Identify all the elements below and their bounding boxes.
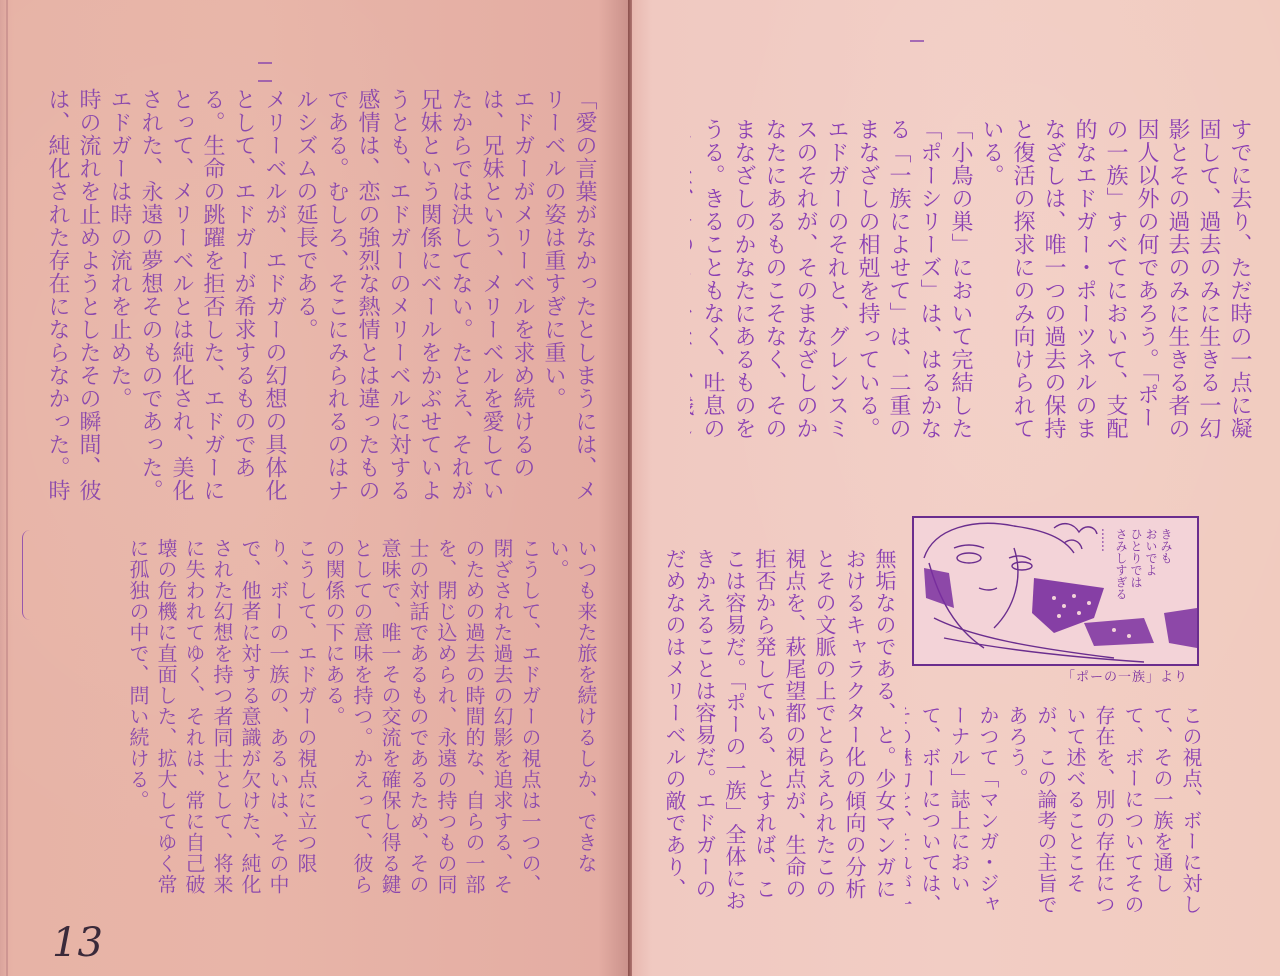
manga-illustration-panel: きみも おいでよ ひとりでは さみしすぎる …… bbox=[912, 516, 1199, 666]
left-page: 「愛の言葉がなかったとしまうには、メリーベルの姿は重すぎに重い。 エドガーがメリ… bbox=[0, 0, 630, 976]
right-page-top-text: すでに去り、ただ時の一点に凝固して、過去のみに生きる一幻影とその過去のみに生きる… bbox=[690, 118, 1255, 448]
left-page-bottom-text: いつも来た旅を続けるしか、できない。 こうして、エドガーの視点は一つの、閉ざされ… bbox=[20, 538, 600, 908]
right-page-bottom-right-text: この視点、ボーに対して、その一族を通して、ボーについてその存在を、別の存在につい… bbox=[905, 705, 1205, 925]
decorative-dash bbox=[910, 40, 924, 42]
speech-text: きみも おいでよ ひとりでは さみしすぎる …… bbox=[1098, 528, 1173, 638]
book-spread: 「愛の言葉がなかったとしまうには、メリーベルの姿は重すぎに重い。 エドガーがメリ… bbox=[0, 0, 1280, 976]
decorative-dash bbox=[258, 62, 272, 64]
decorative-dash bbox=[258, 80, 272, 82]
page-number: 13 bbox=[52, 920, 103, 966]
right-page-bottom-left-text: 無垢なのである、と。少女マンガにおけるキャラクター化の傾向の分析とその文脈の上で… bbox=[660, 548, 900, 918]
left-page-top-text: 「愛の言葉がなかったとしまうには、メリーベルの姿は重すぎに重い。 エドガーがメリ… bbox=[40, 88, 600, 508]
illustration-caption: 「ポーの一族」より bbox=[1062, 666, 1188, 685]
